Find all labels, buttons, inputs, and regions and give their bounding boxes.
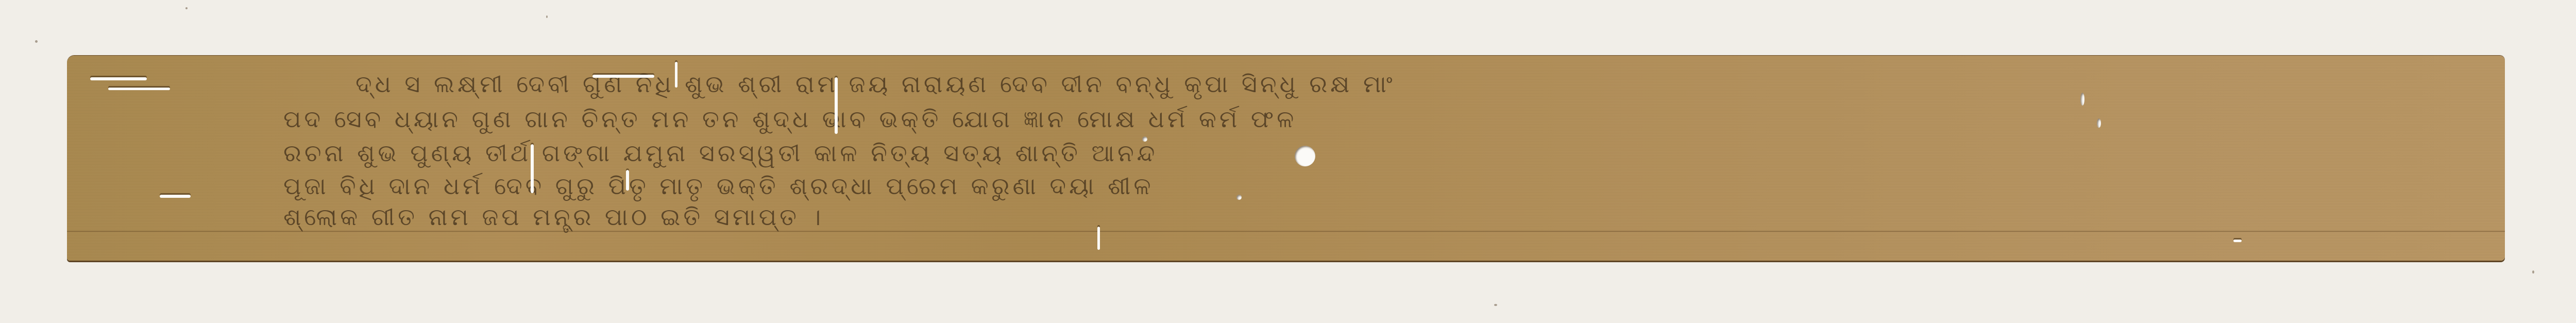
- worm-damage: [90, 77, 147, 80]
- worm-damage: [108, 88, 170, 90]
- script-line-4: ପୂଜା ବିଧି ଦାନ ଧର୍ମ ଦେବ ଗୁରୁ ପିତୃ ମାତୃ ଭକ…: [283, 172, 2505, 203]
- script-line-3: ରଚନା ଶୁଭ ପୁଣ୍ୟ ତୀର୍ଥ ଗଙ୍ଗା ଯମୁନା ସରସ୍ୱତୀ…: [283, 139, 2505, 170]
- worm-damage: [160, 195, 191, 198]
- binding-hole: [1295, 146, 1315, 166]
- script-line-2: ପଦ ସେବ ଧ୍ୟାନ ଗୁଣ ଗାନ ଚିନ୍ତ ମନ ତନ ଶୁଦ୍ଧ ଭ…: [283, 105, 2505, 136]
- worm-hole: [1236, 195, 1242, 200]
- worm-damage: [592, 75, 654, 78]
- background-speck: [546, 15, 548, 18]
- background-speck: [1494, 304, 1497, 306]
- palm-leaf-manuscript: ଦ୍ଧ ସ ଲକ୍ଷ୍ମୀ ଦେବୀ ଗୁଣ ନିଧି ଶୁଭ ଶ୍ରୀ ରାମ…: [67, 56, 2505, 261]
- worm-damage: [531, 144, 534, 193]
- background-speck: [185, 7, 188, 9]
- worm-damage: [626, 170, 629, 191]
- worm-damage: [835, 77, 838, 134]
- worm-hole: [2080, 93, 2084, 106]
- worm-damage: [675, 62, 677, 88]
- script-line-1: ଦ୍ଧ ସ ଲକ୍ଷ୍ମୀ ଦେବୀ ଗୁଣ ନିଧି ଶୁଭ ଶ୍ରୀ ରାମ…: [355, 70, 2505, 101]
- script-line-5: ଶ୍ଲୋକ ଗୀତ ନାମ ଜପ ମନ୍ତ୍ର ପାଠ ଇତି ସମାପ୍ତ ।: [283, 203, 1784, 234]
- worm-damage: [2233, 240, 2242, 242]
- background-speck: [2532, 270, 2534, 274]
- background-speck: [35, 40, 38, 43]
- worm-hole: [1142, 137, 1147, 142]
- worm-damage: [1097, 227, 1100, 250]
- worm-hole: [2097, 118, 2101, 128]
